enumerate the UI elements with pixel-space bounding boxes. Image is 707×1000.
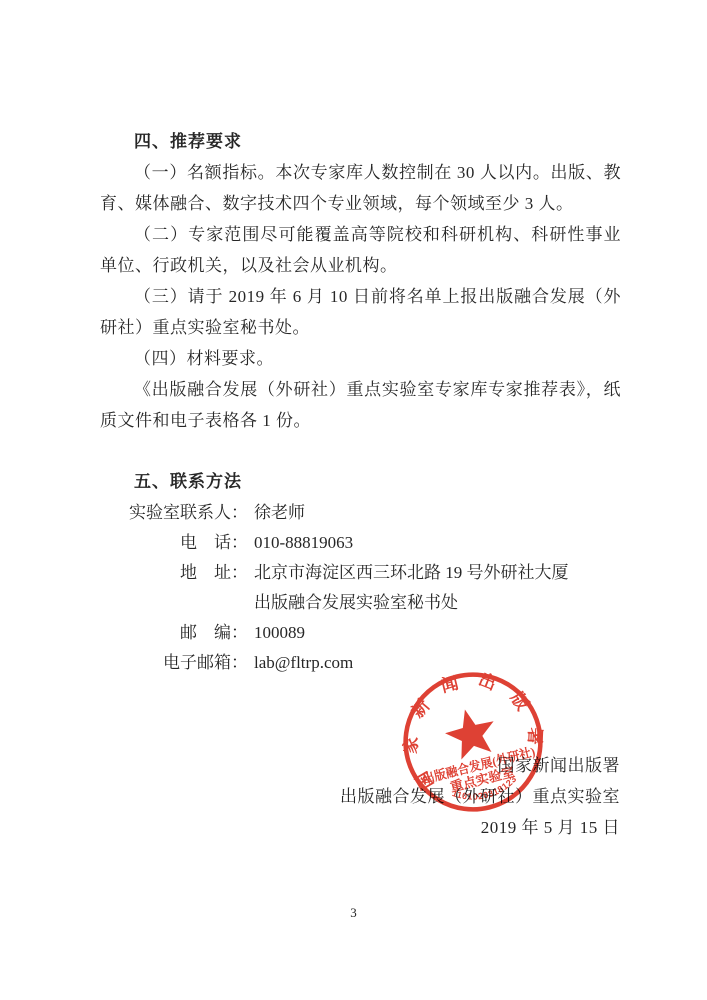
section-requirements: 四、推荐要求 （一）名额指标。本次专家库人数控制在 30 人以内。出版、教育、媒… bbox=[100, 126, 621, 436]
section-requirements-heading: 四、推荐要求 bbox=[100, 126, 621, 157]
contact-address-line2-value: 出版融合发展实验室秘书处 bbox=[254, 588, 458, 618]
contact-email-value: lab@fltrp.com bbox=[254, 648, 353, 678]
contact-row-postcode: 邮 编： 100089 bbox=[100, 618, 621, 648]
requirement-item-2: （二）专家范围尽可能覆盖高等院校和科研机构、科研性事业单位、行政机关，以及社会从… bbox=[100, 219, 621, 281]
contact-row-phone: 电 话： 010-88819063 bbox=[100, 528, 621, 558]
contact-postcode-label: 邮 编： bbox=[100, 618, 248, 648]
contact-row-email: 电子邮箱： lab@fltrp.com bbox=[100, 648, 621, 678]
contact-person-label: 实验室联系人： bbox=[100, 498, 248, 528]
contact-row-person: 实验室联系人： 徐老师 bbox=[100, 498, 621, 528]
requirement-item-5: 《出版融合发展（外研社）重点实验室专家库专家推荐表》，纸质文件和电子表格各 1 … bbox=[100, 374, 621, 436]
contact-person-value: 徐老师 bbox=[254, 498, 305, 528]
section-contact-heading: 五、联系方法 bbox=[100, 467, 621, 497]
contact-row-address-line2: 出版融合发展实验室秘书处 bbox=[100, 588, 621, 618]
section-contact: 五、联系方法 实验室联系人： 徐老师 电 话： 010-88819063 地 址… bbox=[100, 467, 621, 678]
contact-phone-label: 电 话： bbox=[100, 528, 248, 558]
contact-row-address: 地 址： 北京市海淀区西三环北路 19 号外研社大厦 bbox=[100, 558, 621, 588]
page-number: 3 bbox=[0, 905, 707, 921]
contact-address-line2-label bbox=[100, 588, 248, 618]
contact-rows: 实验室联系人： 徐老师 电 话： 010-88819063 地 址： 北京市海淀… bbox=[100, 498, 621, 678]
requirement-item-4: （四）材料要求。 bbox=[100, 343, 621, 374]
contact-email-label: 电子邮箱： bbox=[100, 648, 248, 678]
contact-address-label: 地 址： bbox=[100, 558, 248, 588]
requirement-item-1: （一）名额指标。本次专家库人数控制在 30 人以内。出版、教育、媒体融合、数字技… bbox=[100, 157, 621, 219]
contact-phone-value: 010-88819063 bbox=[254, 528, 353, 558]
contact-postcode-value: 100089 bbox=[254, 618, 305, 648]
requirement-item-3: （三）请于 2019 年 6 月 10 日前将名单上报出版融合发展（外研社）重点… bbox=[100, 281, 621, 343]
star-icon bbox=[441, 703, 501, 761]
contact-address-value: 北京市海淀区西三环北路 19 号外研社大厦 bbox=[254, 558, 569, 588]
document-page: 四、推荐要求 （一）名额指标。本次专家库人数控制在 30 人以内。出版、教育、媒… bbox=[0, 0, 707, 1000]
